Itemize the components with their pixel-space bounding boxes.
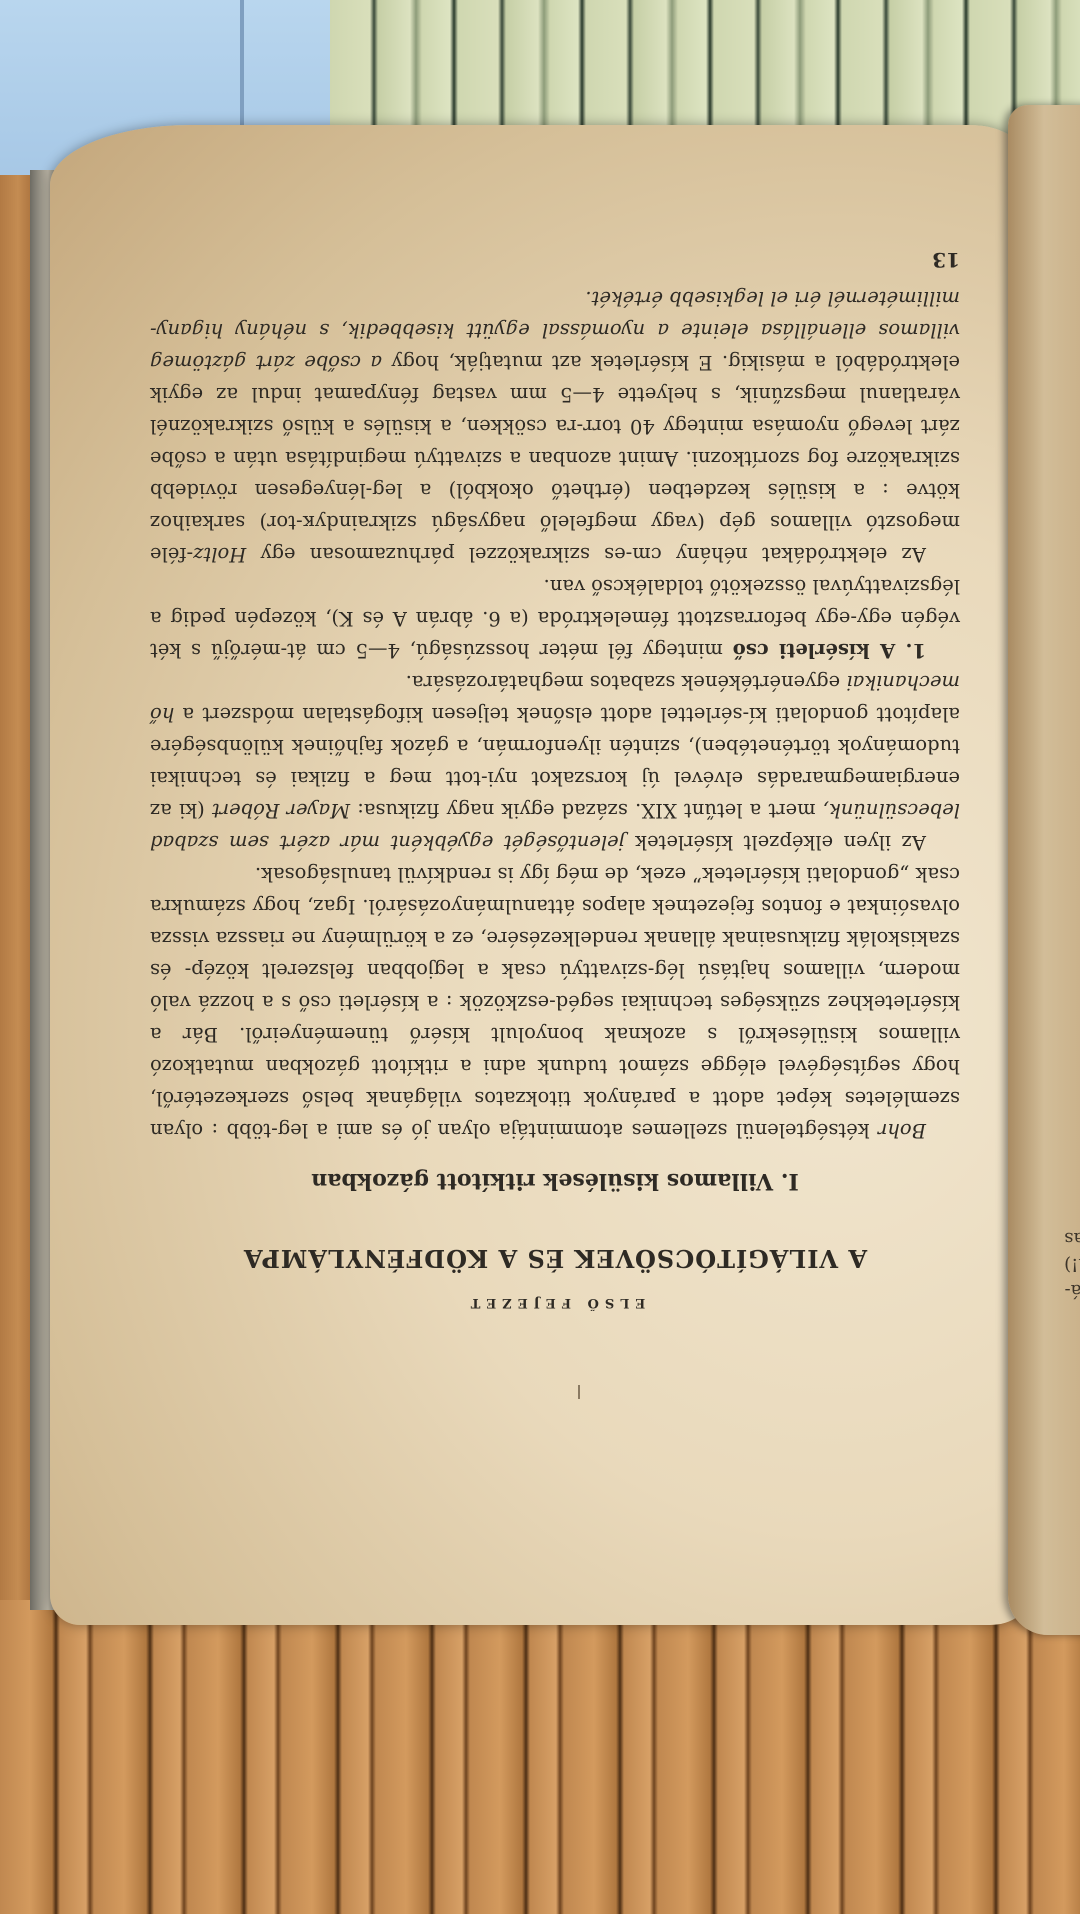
paragraph-mayer: Az ilyen elképzelt kísérletek jelentőség…: [150, 666, 960, 858]
neighbor-fragment: las: [1020, 1225, 1080, 1251]
page-number: 13: [932, 248, 960, 272]
bamboo-mat-foreground: [0, 1600, 1080, 1914]
neighbor-fragment: n!): [1020, 1251, 1080, 1277]
italic-name: Holtz: [193, 543, 246, 566]
paragraph-text: Az elektródákat néhány cm-es szikraközze…: [246, 543, 926, 566]
italic-name: Bohr: [878, 1119, 926, 1142]
page-text-block: ELSŐ FEJEZET A VILÁGÍTÓCSÖVEK ÉS A KÖDFÉ…: [150, 242, 960, 1310]
paragraph-text: kétségtelenül szellemes atommintája olya…: [150, 863, 960, 1142]
neighbor-page: rá- n!) las: [1008, 105, 1080, 1635]
paragraph-text: mert a letűnt XIX. század egyik nagy fiz…: [350, 799, 823, 822]
paragraph-text: -féle megosztó villamos gép (vagy megfel…: [150, 351, 960, 566]
chapter-title: A VILÁGÍTÓCSÖVEK ÉS A KÖDFÉNYLÁMPA: [150, 1244, 960, 1273]
book-page: ELSŐ FEJEZET A VILÁGÍTÓCSÖVEK ÉS A KÖDFÉ…: [50, 125, 1030, 1625]
page-content-rotated: ELSŐ FEJEZET A VILÁGÍTÓCSÖVEK ÉS A KÖDFÉ…: [50, 125, 1030, 1625]
bold-lead: 1. A kísérleti cső: [733, 639, 926, 662]
footer: 13: [150, 242, 960, 272]
paragraph-text: egyenértékének szabatos meghatározására.: [406, 671, 847, 694]
neighbor-page-text: rá- n!) las: [1020, 1225, 1080, 1303]
pencil-mark: [578, 1385, 580, 1399]
paragraph-text: Az ilyen elképzelt kísérletek: [625, 831, 926, 854]
paragraph-electrodes: Az elektródákat néhány cm-es szikraközze…: [150, 282, 960, 570]
italic-name: Mayer Róbert: [212, 799, 350, 822]
running-head: ELSŐ FEJEZET: [150, 1295, 960, 1310]
section-title: I. Villamos kisülések ritkított gázokban: [150, 1168, 960, 1194]
paragraph-bohr: Bohr kétségtelenül szellemes atommintája…: [150, 858, 960, 1146]
neighbor-fragment: rá-: [1020, 1277, 1080, 1303]
paragraph-tube: 1. A kísérleti cső mintegy fél méter hos…: [150, 570, 960, 666]
